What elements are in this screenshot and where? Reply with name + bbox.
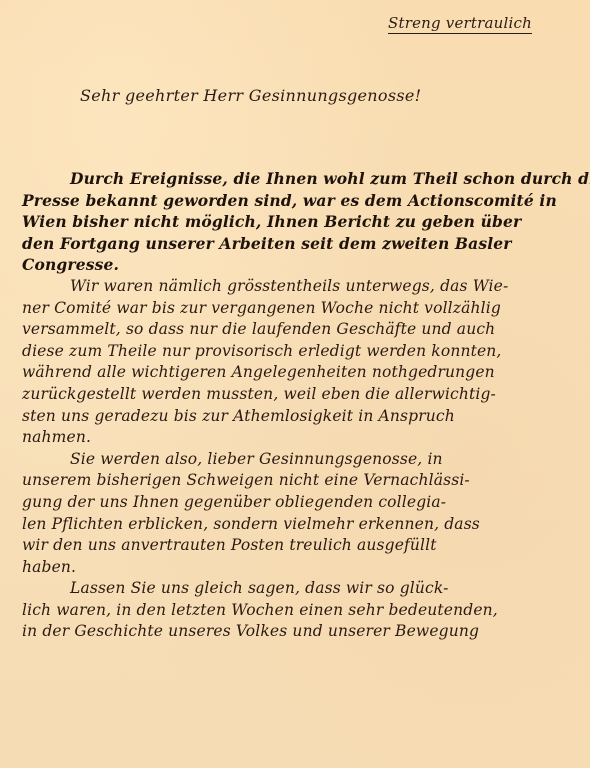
- paragraph-2: Wir waren nämlich grösstentheils unterwe…: [22, 276, 582, 449]
- text-line: wir den uns anvertrauten Posten treulich…: [22, 535, 582, 557]
- text-line: Congresse.: [22, 254, 582, 276]
- text-line: nahmen.: [22, 427, 582, 449]
- text-line: zurückgestellt werden mussten, weil eben…: [22, 384, 582, 406]
- text-line: ner Comité war bis zur vergangenen Woche…: [22, 298, 582, 320]
- text-line: während alle wichtigeren Angelegenheiten…: [22, 362, 582, 384]
- text-line: Sie werden also, lieber Gesinnungsgenoss…: [22, 449, 582, 471]
- paragraph-3: Sie werden also, lieber Gesinnungsgenoss…: [22, 449, 582, 579]
- text-line: gung der uns Ihnen gegenüber obliegenden…: [22, 492, 582, 514]
- paragraph-4: Lassen Sie uns gleich sagen, dass wir so…: [22, 578, 582, 643]
- text-line: unserem bisherigen Schweigen nicht eine …: [22, 470, 582, 492]
- text-line: sten uns geradezu bis zur Athemlosigkeit…: [22, 406, 582, 428]
- text-line: den Fortgang unserer Arbeiten seit dem z…: [22, 233, 582, 255]
- confidential-marking: Streng vertraulich: [388, 14, 532, 34]
- text-line: lich waren, in den letzten Wochen einen …: [22, 600, 582, 622]
- text-line: haben.: [22, 557, 582, 579]
- text-line: versammelt, so dass nur die laufenden Ge…: [22, 319, 582, 341]
- letter-body: Durch Ereignisse, die Ihnen wohl zum The…: [22, 168, 582, 643]
- letter-page: Streng vertraulich Sehr geehrter Herr Ge…: [0, 0, 590, 768]
- text-line: Lassen Sie uns gleich sagen, dass wir so…: [22, 578, 582, 600]
- text-line: Durch Ereignisse, die Ihnen wohl zum The…: [22, 168, 582, 190]
- text-line: Presse bekannt geworden sind, war es dem…: [22, 190, 582, 212]
- text-line: len Pflichten erblicken, sondern vielmeh…: [22, 514, 582, 536]
- text-line: in der Geschichte unseres Volkes und uns…: [22, 621, 582, 643]
- paragraph-1: Durch Ereignisse, die Ihnen wohl zum The…: [22, 168, 582, 276]
- text-line: Wir waren nämlich grösstentheils unterwe…: [22, 276, 582, 298]
- text-line: diese zum Theile nur provisorisch erledi…: [22, 341, 582, 363]
- salutation: Sehr geehrter Herr Gesinnungsgenosse!: [80, 86, 421, 105]
- text-line: Wien bisher nicht möglich, Ihnen Bericht…: [22, 211, 582, 233]
